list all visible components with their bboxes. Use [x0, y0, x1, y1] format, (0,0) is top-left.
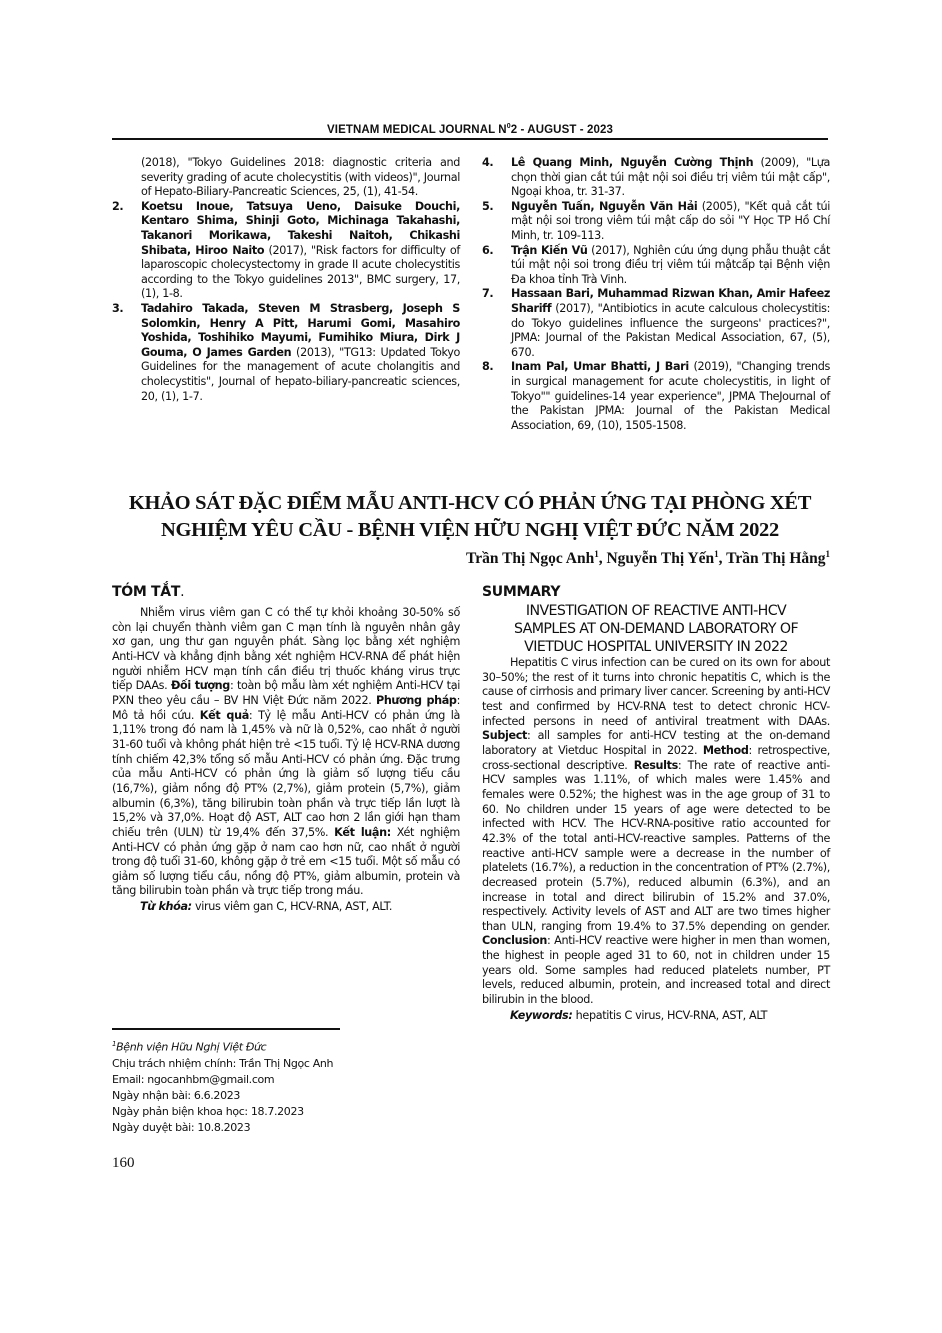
keywords-label: Keywords:: [510, 1009, 572, 1022]
references-left-column: (2018), "Tokyo Guidelines 2018: diagnost…: [112, 156, 460, 404]
reviewed-date: Ngày phản biện khoa học: 18.7.2023: [112, 1104, 460, 1120]
keywords-en: Keywords: hepatitis C virus, HCV-RNA, AS…: [482, 1008, 830, 1023]
reference-item: 7. Hassaan Bari, Muhammad Rizwan Khan, A…: [482, 287, 830, 360]
reference-authors: Lê Quang Minh, Nguyễn Cường Thịnh: [511, 156, 753, 169]
author-email: Email: ngocanhbm@gmail.com: [112, 1072, 460, 1088]
results-text: : Tỷ lệ mẫu Anti-HCV có phản ứng là 1,11…: [112, 709, 460, 839]
responsible-author: Chịu trách nhiệm chính: Trần Thị Ngọc An…: [112, 1056, 460, 1072]
author-affiliation-mark: 1: [826, 549, 831, 559]
conclusion-label: Kết luận:: [334, 826, 391, 839]
reference-text: (2017), "Antibiotics in acute calculous …: [511, 302, 830, 359]
abstract-en-body: Hepatitis C virus infection can be cured…: [482, 656, 830, 1008]
keywords-text: virus viêm gan C, HCV-RNA, AST, ALT.: [192, 900, 392, 913]
reference-item: 2. Koetsu Inoue, Tatsuya Ueno, Daisuke D…: [112, 200, 460, 302]
conclusion-label: Conclusion: [482, 934, 547, 947]
summary-title-line-3: VIETDUC HOSPITAL UNIVERSITY IN 2022: [482, 638, 830, 656]
summary-title-line-2: SAMPLES AT ON-DEMAND LABORATORY OF: [482, 620, 830, 638]
keywords-label: Từ khóa:: [140, 900, 192, 913]
reference-number: 5.: [482, 200, 511, 244]
abstract-vietnamese: TÓM TẮT. Nhiễm virus viêm gan C có thể t…: [112, 584, 460, 914]
subject-label: Subject: [482, 729, 527, 742]
article-title-line-2: NGHIỆM YÊU CẦU - BỆNH VIỆN HỮU NGHỊ VIỆT…: [112, 517, 828, 544]
footnote-rule: [112, 1028, 340, 1030]
header-rule: [112, 138, 828, 140]
summary-heading: SUMMARY: [482, 584, 830, 600]
article-title: KHẢO SÁT ĐẶC ĐIỂM MẪU ANTI-HCV CÓ PHẢN Ứ…: [112, 490, 828, 544]
reference-item: 8. Inam Pal, Umar Bhatti, J Bari (2019),…: [482, 360, 830, 433]
reference-number: 2.: [112, 200, 141, 302]
reference-text: (2018), "Tokyo Guidelines 2018: diagnost…: [141, 156, 460, 198]
abstract-vi-heading: TÓM TẮT.: [112, 584, 460, 600]
reference-authors: Nguyễn Tuấn, Nguyễn Văn Hải: [511, 200, 697, 213]
reference-number: 4.: [482, 156, 511, 200]
received-date: Ngày nhận bài: 6.6.2023: [112, 1088, 460, 1104]
keywords-text: hepatitis C virus, HCV-RNA, AST, ALT: [572, 1009, 767, 1022]
abstract-intro: Hepatitis C virus infection can be cured…: [482, 656, 830, 728]
reference-item: 3. Tadahiro Takada, Steven M Strasberg, …: [112, 302, 460, 404]
reference-number: 7.: [482, 287, 511, 360]
reference-number: 6.: [482, 244, 511, 288]
subject-label: Đối tượng: [171, 679, 230, 692]
reference-item: 4. Lê Quang Minh, Nguyễn Cường Thịnh (20…: [482, 156, 830, 200]
reference-authors: Trận Kiến Vũ: [511, 244, 588, 257]
affiliation-text: Bệnh viện Hữu Nghị Việt Đức: [116, 1041, 266, 1054]
reference-item: 6. Trận Kiến Vũ (2017), Nghiên cứu ứng d…: [482, 244, 830, 288]
heading-text: TÓM TẮT: [112, 584, 180, 600]
method-label: Method: [703, 744, 749, 757]
reference-number: 8.: [482, 360, 511, 433]
author-name: Trần Thị Ngọc Anh: [466, 550, 594, 567]
reference-number: 3.: [112, 302, 141, 404]
references-right-column: 4. Lê Quang Minh, Nguyễn Cường Thịnh (20…: [482, 156, 830, 433]
accepted-date: Ngày duyệt bài: 10.8.2023: [112, 1120, 460, 1136]
reference-item: (2018), "Tokyo Guidelines 2018: diagnost…: [112, 156, 460, 200]
article-title-line-1: KHẢO SÁT ĐẶC ĐIỂM MẪU ANTI-HCV CÓ PHẢN Ứ…: [112, 490, 828, 517]
results-text: : The rate of reactive anti-HCV samples …: [482, 759, 830, 933]
author-name: Trần Thị Hằng: [726, 550, 825, 567]
summary-title: INVESTIGATION OF REACTIVE ANTI-HCV SAMPL…: [482, 602, 830, 656]
heading-dot: .: [180, 584, 184, 600]
author-byline: Trần Thị Ngọc Anh1, Nguyễn Thị Yến1, Trầ…: [466, 549, 830, 568]
keywords-vi: Từ khóa: virus viêm gan C, HCV-RNA, AST,…: [112, 899, 460, 914]
method-label: Phương pháp: [376, 694, 457, 707]
page-number: 160: [112, 1155, 135, 1172]
affiliation-note: 1Bệnh viện Hữu Nghị Việt Đức: [112, 1036, 460, 1056]
author-name: Nguyễn Thị Yến: [606, 550, 714, 567]
results-label: Kết quả: [200, 709, 249, 722]
footnotes: 1Bệnh viện Hữu Nghị Việt Đức Chịu trách …: [112, 1036, 460, 1136]
journal-issue: 2 - AUGUST - 2023: [511, 124, 613, 136]
summary-title-line-1: INVESTIGATION OF REACTIVE ANTI-HCV: [482, 602, 830, 620]
running-header: VIETNAM MEDICAL JOURNAL N02 - AUGUST - 2…: [112, 123, 828, 136]
results-label: Results: [634, 759, 678, 772]
reference-item: 5. Nguyễn Tuấn, Nguyễn Văn Hải (2005), "…: [482, 200, 830, 244]
abstract-vi-body: Nhiễm virus viêm gan C có thể tự khỏi kh…: [112, 606, 460, 899]
abstract-english: SUMMARY INVESTIGATION OF REACTIVE ANTI-H…: [482, 584, 830, 1023]
reference-authors: Inam Pal, Umar Bhatti, J Bari: [511, 360, 689, 373]
journal-name: VIETNAM MEDICAL JOURNAL N: [327, 124, 507, 136]
